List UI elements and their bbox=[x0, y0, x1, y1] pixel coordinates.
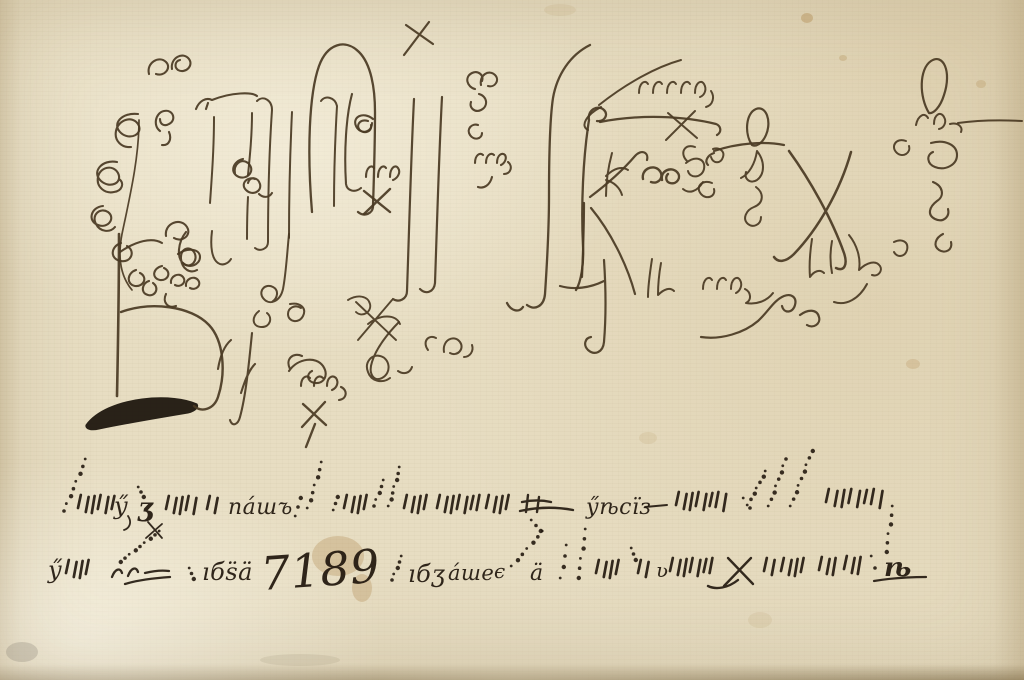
ink-dot bbox=[755, 487, 758, 490]
hatch-mark bbox=[844, 556, 847, 569]
ink-stroke bbox=[288, 355, 325, 383]
ink-stroke bbox=[810, 239, 832, 277]
hatch-mark bbox=[710, 493, 713, 506]
ink-stroke bbox=[922, 59, 947, 113]
ink-dot bbox=[188, 567, 191, 570]
hatch-mark bbox=[207, 496, 210, 509]
hatch-mark bbox=[678, 560, 681, 575]
ink-stroke bbox=[475, 154, 511, 188]
ink-dot bbox=[318, 468, 322, 472]
ink-dot bbox=[803, 469, 807, 473]
ink-dot bbox=[313, 484, 316, 487]
hatch-mark bbox=[180, 497, 183, 514]
ink-dot bbox=[562, 565, 566, 569]
ink-dot bbox=[890, 513, 894, 517]
ink-dot bbox=[65, 502, 68, 505]
script-line-2: ӳıбѕ̈ӓ7189ıбʒа́шеєӓʋѣ bbox=[47, 505, 926, 602]
ink-dot bbox=[392, 573, 395, 576]
hatch-mark bbox=[404, 495, 407, 508]
hatch-mark bbox=[174, 498, 177, 513]
ink-stroke bbox=[745, 187, 762, 226]
paper-stain bbox=[801, 13, 813, 23]
ink-dot bbox=[634, 558, 638, 562]
hatch-mark bbox=[684, 494, 687, 509]
ink-dot bbox=[190, 572, 194, 576]
ink-stroke bbox=[643, 167, 679, 183]
hatch-mark bbox=[827, 559, 830, 574]
paper-stain bbox=[544, 4, 576, 16]
hatch-mark bbox=[670, 558, 673, 571]
hatch-mark bbox=[849, 489, 852, 503]
hatch-mark bbox=[710, 558, 713, 573]
ink-dot bbox=[389, 497, 393, 501]
hatch-mark bbox=[74, 562, 77, 577]
ink-dot bbox=[320, 461, 323, 464]
ink-stroke bbox=[367, 322, 412, 381]
ink-dot bbox=[758, 481, 762, 485]
ink-dot bbox=[762, 474, 766, 478]
ink-dot bbox=[781, 464, 784, 467]
hatch-mark bbox=[80, 561, 83, 578]
hatch-mark bbox=[465, 497, 468, 513]
ink-dot bbox=[780, 470, 784, 474]
ink-dot bbox=[296, 505, 300, 509]
hatch-mark bbox=[364, 495, 367, 509]
ink-dot bbox=[149, 537, 153, 541]
ink-dot bbox=[784, 457, 788, 461]
ink-dot bbox=[805, 463, 808, 466]
hatch-mark bbox=[106, 497, 109, 513]
hatch-mark bbox=[704, 494, 707, 510]
hatch-mark bbox=[494, 497, 497, 512]
ink-dot bbox=[579, 557, 582, 560]
ink-stroke bbox=[364, 189, 390, 214]
ink-dot bbox=[797, 484, 800, 487]
ink-stroke bbox=[584, 60, 681, 130]
ink-dot bbox=[792, 497, 796, 501]
hatch-mark bbox=[781, 558, 784, 571]
ink-dot bbox=[398, 560, 402, 564]
ink-dot bbox=[772, 490, 776, 494]
ink-stroke bbox=[741, 151, 763, 182]
ink-dot bbox=[396, 472, 400, 476]
ink-dot bbox=[158, 530, 161, 533]
ink-stroke bbox=[321, 98, 337, 206]
ink-dot bbox=[516, 558, 520, 562]
ink-dot bbox=[398, 466, 401, 469]
ink-dot bbox=[742, 497, 745, 500]
glyph-run: є bbox=[494, 559, 506, 583]
ink-dot bbox=[534, 524, 538, 528]
ink-stroke bbox=[590, 152, 647, 294]
hatch-mark bbox=[698, 560, 701, 576]
ink-dot bbox=[531, 540, 535, 544]
hatch-mark bbox=[795, 559, 798, 576]
hatch-mark bbox=[78, 495, 81, 508]
ink-stroke bbox=[149, 56, 191, 75]
ink-stroke bbox=[143, 281, 176, 307]
ink-dot bbox=[777, 477, 781, 481]
ink-dot bbox=[525, 547, 528, 550]
hatch-mark bbox=[880, 491, 883, 508]
ink-dot bbox=[870, 555, 873, 558]
ink-stroke bbox=[230, 333, 255, 424]
ink-dot bbox=[886, 541, 890, 545]
hatch-mark bbox=[864, 490, 867, 503]
ink-stroke bbox=[121, 306, 223, 409]
hatch-mark bbox=[92, 496, 95, 513]
paper-stain bbox=[839, 55, 847, 61]
ink-stroke bbox=[113, 243, 145, 286]
hatch-mark bbox=[789, 560, 792, 575]
hatch-mark bbox=[857, 491, 860, 507]
calligraphy-flourish-group bbox=[86, 22, 1022, 447]
ink-dot bbox=[577, 576, 581, 580]
ink-dot bbox=[764, 470, 767, 473]
script-line-1: ӳʒпа́шъӳѣсїɜ bbox=[62, 449, 882, 538]
ink-dot bbox=[746, 504, 749, 507]
hatch-mark bbox=[833, 558, 836, 575]
ink-stroke bbox=[254, 234, 304, 327]
ink-stroke bbox=[576, 108, 606, 290]
ink-stroke bbox=[309, 44, 375, 214]
ink-dot bbox=[521, 553, 525, 557]
ink-stroke bbox=[302, 402, 326, 447]
hatch-mark bbox=[66, 560, 69, 573]
glyph-run: ʒ bbox=[137, 493, 154, 523]
hatch-mark bbox=[477, 495, 480, 510]
ink-dot bbox=[530, 519, 533, 522]
ink-stroke bbox=[171, 275, 199, 289]
hatch-mark bbox=[344, 495, 347, 508]
ink-dot bbox=[299, 496, 303, 500]
hatch-mark bbox=[852, 558, 855, 573]
hatch-mark bbox=[500, 496, 503, 513]
ink-stroke bbox=[648, 259, 674, 297]
manuscript-page: ӳʒпа́шъӳѣсїɜ ӳıбѕ̈ӓ7189ıбʒа́шеєӓʋѣ bbox=[0, 0, 1024, 680]
paper-stain bbox=[260, 654, 340, 666]
ink-dot bbox=[119, 560, 123, 564]
ink-dot bbox=[753, 491, 757, 495]
hatch-mark bbox=[596, 560, 599, 573]
ink-dot bbox=[392, 485, 395, 488]
ink-stroke bbox=[600, 117, 720, 135]
hatch-mark bbox=[358, 496, 361, 513]
ink-stroke bbox=[928, 142, 957, 252]
ink-dot bbox=[81, 465, 85, 469]
hatch-mark bbox=[186, 496, 189, 510]
paper-stain bbox=[6, 642, 38, 662]
ink-dot bbox=[143, 541, 146, 544]
ink-dot bbox=[811, 449, 815, 453]
ink-dot bbox=[581, 546, 585, 550]
ink-dot bbox=[559, 577, 562, 580]
ink-stroke bbox=[894, 140, 909, 155]
ink-dot bbox=[795, 490, 799, 494]
hatch-mark bbox=[638, 560, 641, 573]
ink-dot bbox=[123, 556, 127, 560]
hatch-mark bbox=[98, 495, 101, 509]
ink-stroke bbox=[196, 93, 257, 109]
ink-dot bbox=[84, 458, 87, 461]
ink-dot bbox=[749, 498, 753, 502]
ink-stroke bbox=[699, 182, 714, 197]
hatch-mark bbox=[86, 560, 89, 574]
ink-dot bbox=[378, 491, 382, 495]
ink-dot bbox=[536, 535, 540, 539]
ink-dot bbox=[134, 548, 138, 552]
ink-dot bbox=[138, 545, 142, 549]
ink-stroke bbox=[348, 297, 400, 340]
hatch-mark bbox=[610, 561, 613, 578]
ink-dot bbox=[334, 502, 338, 506]
ink-dot bbox=[396, 566, 400, 570]
glyph-run: ӳ bbox=[47, 556, 63, 584]
ink-dot bbox=[578, 566, 582, 570]
ink-dot bbox=[395, 478, 399, 482]
hatch-mark bbox=[471, 496, 474, 509]
hatch-mark bbox=[772, 560, 775, 575]
glyph-run: 7189 bbox=[259, 539, 382, 601]
ink-stroke bbox=[916, 114, 961, 132]
ink-dot bbox=[382, 479, 385, 482]
glyph-run: ӳѣсїɜ bbox=[585, 495, 651, 520]
ink-dot bbox=[889, 522, 893, 526]
ink-stroke bbox=[507, 45, 590, 310]
ink-stroke bbox=[639, 82, 713, 107]
ink-dot bbox=[541, 530, 544, 533]
glyph-stroke bbox=[520, 495, 573, 512]
ink-dot bbox=[630, 547, 633, 550]
glyph-run: па́шъ bbox=[228, 495, 293, 520]
ink-dot bbox=[390, 578, 394, 582]
ink-stroke bbox=[666, 111, 697, 140]
hatch-mark bbox=[704, 559, 707, 572]
hatch-mark bbox=[646, 562, 649, 577]
paper-stain bbox=[639, 432, 657, 444]
hatch-mark bbox=[166, 496, 169, 509]
ink-dot bbox=[62, 509, 66, 513]
hatch-mark bbox=[819, 557, 822, 570]
hatch-mark bbox=[215, 498, 218, 513]
hatch-mark bbox=[451, 496, 454, 513]
ink-stroke bbox=[703, 278, 773, 304]
ink-dot bbox=[380, 485, 384, 489]
ink-dot bbox=[336, 495, 340, 499]
hatch-mark bbox=[696, 492, 699, 506]
ink-dot bbox=[887, 532, 890, 535]
hatch-mark bbox=[457, 495, 460, 509]
hatch-mark bbox=[616, 560, 619, 574]
hatch-mark bbox=[418, 496, 421, 513]
paper-stain bbox=[976, 80, 986, 88]
glyph-run: ӓ bbox=[530, 561, 544, 586]
ink-dot bbox=[78, 472, 82, 476]
ink-dot bbox=[387, 505, 390, 508]
ink-stroke bbox=[467, 72, 497, 139]
ink-dot bbox=[789, 505, 792, 508]
ink-stroke bbox=[255, 98, 292, 249]
hatch-mark bbox=[194, 498, 197, 514]
ink-dot bbox=[767, 505, 770, 508]
ink-stroke bbox=[426, 337, 473, 357]
hatch-mark bbox=[676, 492, 679, 505]
ink-stroke bbox=[366, 166, 399, 180]
ink-stroke bbox=[404, 22, 433, 55]
ink-stroke bbox=[345, 94, 361, 191]
ink-dot bbox=[137, 486, 140, 489]
ink-stroke bbox=[117, 234, 119, 396]
ink-stroke bbox=[958, 120, 1022, 123]
ink-dot bbox=[311, 491, 315, 495]
ink-stroke bbox=[747, 108, 768, 145]
hatch-mark bbox=[424, 495, 427, 509]
hatch-mark bbox=[684, 559, 687, 576]
glyph-run: ıбѕ̈ӓ bbox=[202, 558, 253, 586]
ink-dot bbox=[128, 553, 131, 556]
ink-stroke bbox=[86, 398, 198, 430]
ink-dot bbox=[332, 509, 335, 512]
hatch-mark bbox=[723, 494, 726, 511]
ink-dot bbox=[391, 491, 395, 495]
ink-dot bbox=[510, 565, 513, 568]
ink-dot bbox=[69, 494, 73, 498]
ink-dot bbox=[309, 498, 313, 502]
hatch-mark bbox=[764, 558, 767, 571]
ink-dot bbox=[565, 544, 568, 547]
hatch-mark bbox=[871, 489, 874, 504]
hatch-mark bbox=[506, 495, 509, 509]
glyph-run: а́ше bbox=[448, 561, 494, 585]
ink-dot bbox=[374, 498, 377, 501]
glyph-stroke bbox=[112, 569, 170, 584]
ink-dot bbox=[584, 528, 587, 531]
ink-dot bbox=[748, 506, 752, 510]
ink-stroke bbox=[97, 162, 122, 193]
glyph-stroke bbox=[708, 558, 753, 588]
ink-stroke bbox=[116, 114, 140, 147]
hatch-mark bbox=[826, 489, 829, 502]
ink-dot bbox=[153, 533, 157, 537]
hatch-mark bbox=[352, 497, 355, 512]
ink-stroke bbox=[156, 111, 174, 145]
ink-dot bbox=[372, 504, 376, 508]
ink-dot bbox=[400, 555, 403, 558]
ink-dot bbox=[891, 505, 894, 508]
ink-dot bbox=[72, 487, 76, 491]
ink-stroke bbox=[834, 235, 907, 303]
hatch-mark bbox=[486, 495, 489, 508]
paper-stain bbox=[906, 359, 920, 369]
ink-dot bbox=[74, 480, 77, 483]
hatch-mark bbox=[858, 557, 861, 574]
hatch-mark bbox=[842, 490, 845, 507]
hatch-mark bbox=[716, 492, 719, 507]
glyph-run: ʋ bbox=[656, 558, 669, 582]
hatch-mark bbox=[604, 562, 607, 577]
ink-stroke bbox=[774, 151, 851, 269]
ink-dot bbox=[808, 456, 812, 460]
hatch-mark bbox=[412, 497, 415, 512]
ink-dot bbox=[774, 484, 777, 487]
ink-dot bbox=[316, 475, 320, 479]
hatch-mark bbox=[437, 495, 440, 508]
hatch-mark bbox=[690, 493, 693, 510]
ink-dot bbox=[583, 537, 587, 541]
glyph-run: ıбʒ bbox=[408, 560, 445, 588]
ink-dot bbox=[192, 577, 196, 581]
ink-dot bbox=[306, 507, 309, 510]
ink-dot bbox=[294, 515, 297, 518]
hatch-mark bbox=[86, 497, 89, 512]
ink-stroke bbox=[393, 97, 442, 301]
glyph-run: ӳ bbox=[113, 492, 129, 520]
ink-dot bbox=[800, 477, 804, 481]
hatch-mark bbox=[690, 558, 693, 572]
ink-stroke bbox=[92, 206, 115, 231]
hatch-mark bbox=[801, 558, 804, 572]
ink-dot bbox=[563, 554, 567, 558]
paper-stain bbox=[748, 612, 772, 628]
ink-dot bbox=[873, 566, 877, 570]
ink-dot bbox=[770, 497, 774, 501]
ink-dot bbox=[632, 552, 636, 556]
hatch-mark bbox=[835, 491, 838, 506]
manuscript-ink-svg: ӳʒпа́шъӳѣсїɜ ӳıбѕ̈ӓ7189ıбʒа́шеєӓʋѣ bbox=[0, 0, 1024, 680]
hatch-mark bbox=[445, 497, 448, 512]
ink-stroke bbox=[683, 146, 723, 192]
